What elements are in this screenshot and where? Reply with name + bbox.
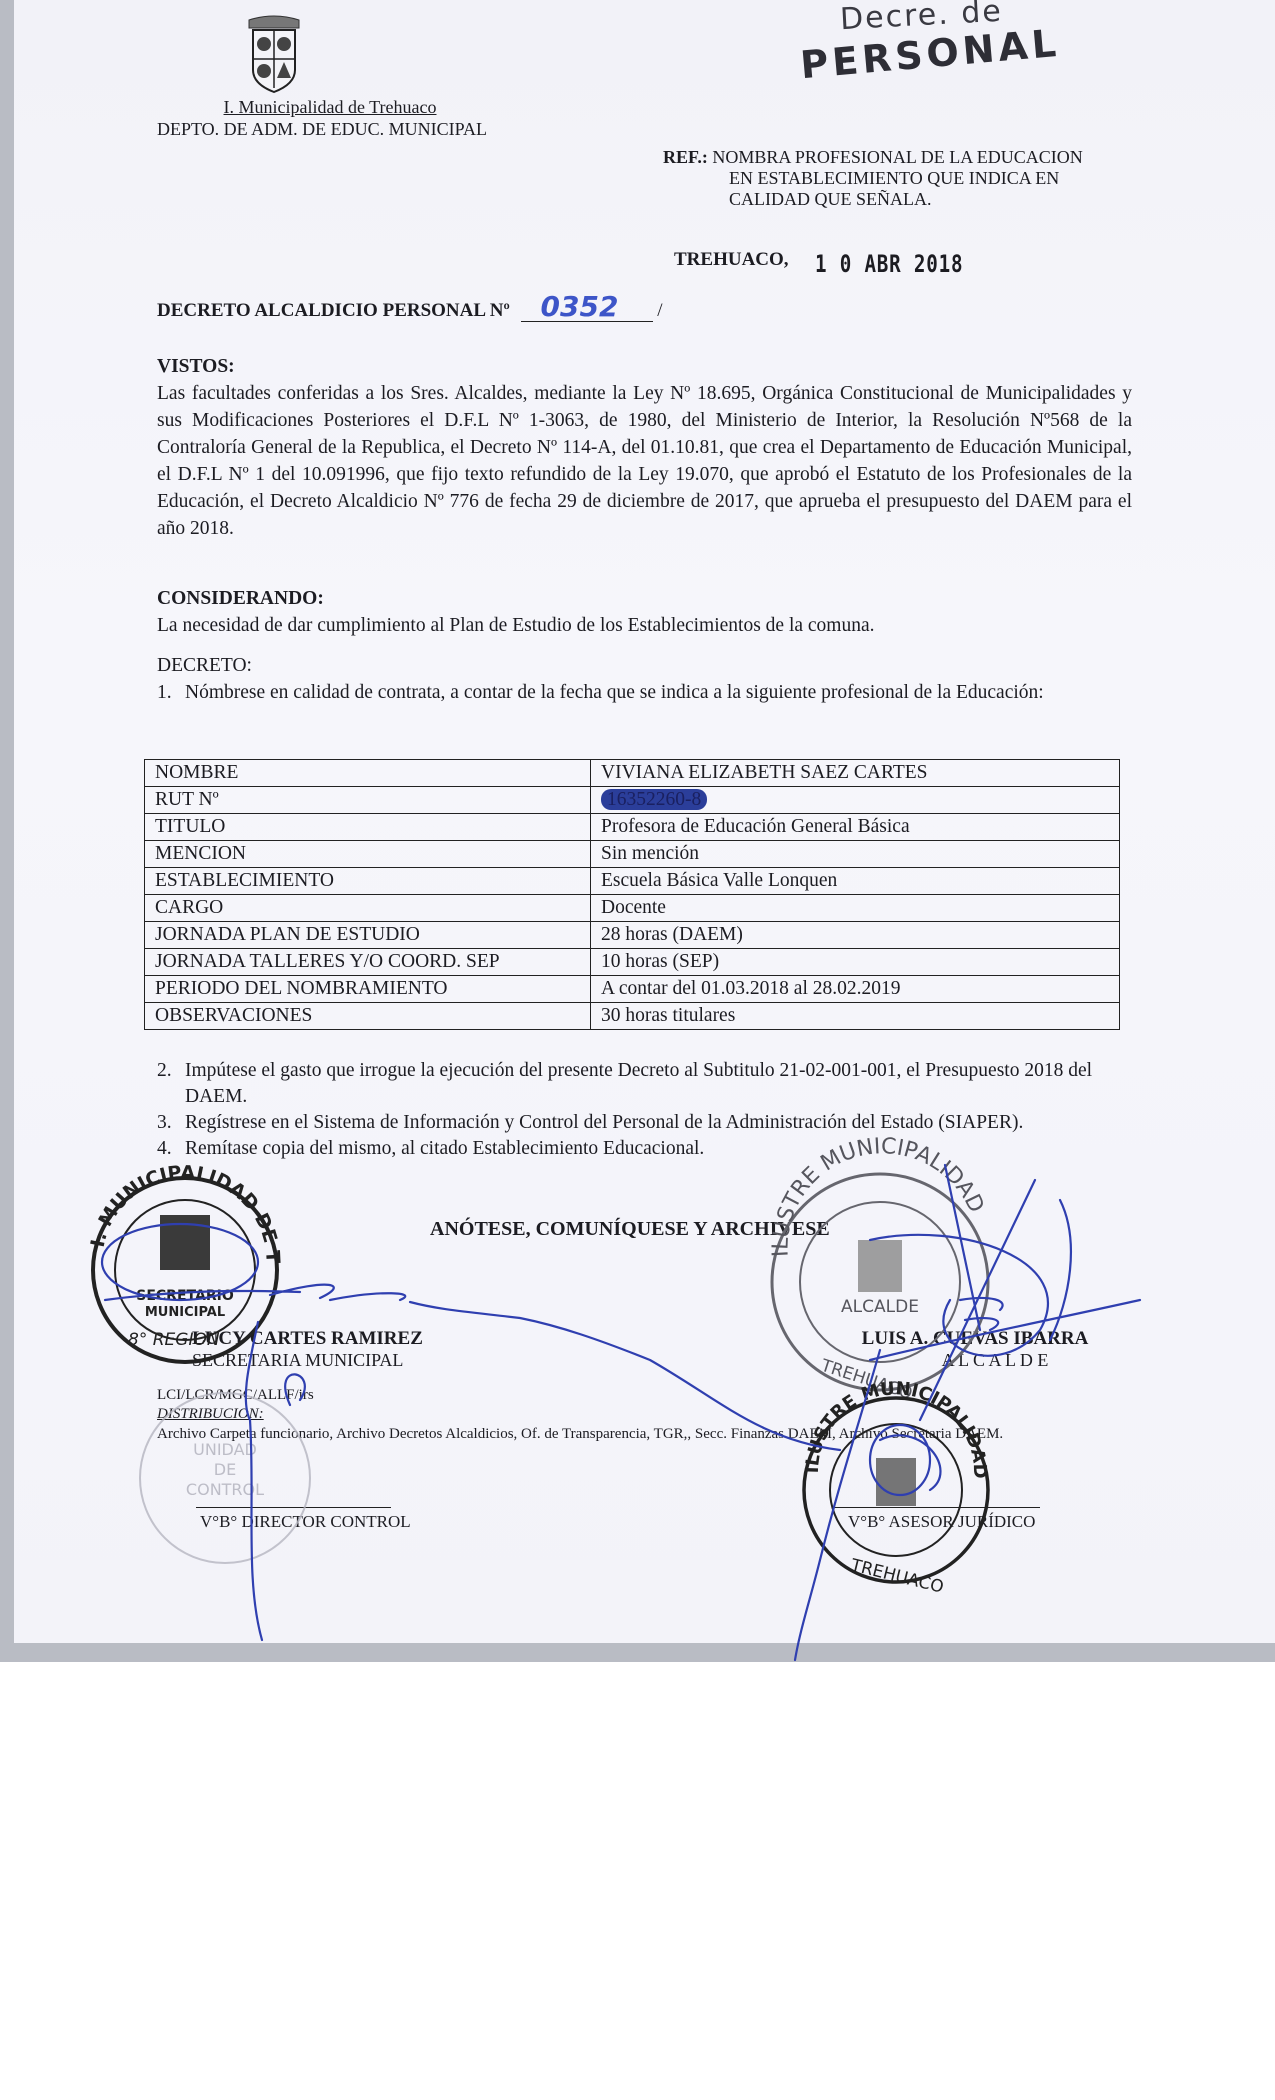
considerando-section: CONSIDERANDO: La necesidad de dar cumpli… [157,585,1132,639]
reference-line1: NOMBRA PROFESIONAL DE LA EDUCACION [712,147,1082,167]
legal-signature-line [832,1507,1040,1508]
control-signature-line [196,1507,391,1508]
vistos-text: Las facultades conferidas a los Sres. Al… [157,380,1132,542]
decree-title: DECRETO ALCALDICIO PERSONAL Nº [157,300,510,321]
table-row: RUT Nº16352260-8 [145,787,1120,814]
appointment-table: NOMBREVIVIANA ELIZABETH SAEZ CARTESRUT N… [144,759,1120,1030]
table-row: OBSERVACIONES30 horas titulares [145,1003,1120,1030]
table-row: JORNADA TALLERES Y/O COORD. SEP10 horas … [145,949,1120,976]
vistos-section: VISTOS: Las facultades conferidas a los … [157,353,1132,542]
considerando-heading: CONSIDERANDO: [157,585,1132,612]
place-label: TREHUACO, [674,249,789,271]
item-number: 1. [157,680,185,706]
municipal-crest-icon [243,14,305,94]
item-text: Remítase copia del mismo, al citado Esta… [185,1136,704,1162]
table-row-label: OBSERVACIONES [145,1003,591,1030]
mayor-name: LUIS A. CUEVAS IBARRA [855,1328,1095,1350]
table-row-label: JORNADA PLAN DE ESTUDIO [145,922,591,949]
item-text: Impútese el gasto que irrogue la ejecuci… [185,1058,1132,1110]
table-row-value: Sin mención [591,841,1120,868]
reference-line2: EN ESTABLECIMIENTO QUE INDICA EN [663,168,1083,189]
reference-line3: CALIDAD QUE SEÑALA. [663,189,1083,210]
item-number: 4. [157,1136,185,1162]
table-row-value: VIVIANA ELIZABETH SAEZ CARTES [591,760,1120,787]
table-row-value: 10 horas (SEP) [591,949,1120,976]
mayor-signature-block: LUIS A. CUEVAS IBARRA A L C A L D E [855,1328,1095,1371]
table-row: TITULOProfesora de Educación General Bás… [145,814,1120,841]
decreto-item-3: 3.Regístrese en el Sistema de Informació… [157,1110,1132,1136]
table-row-label: JORNADA TALLERES Y/O COORD. SEP [145,949,591,976]
table-row-value: Profesora de Educación General Básica [591,814,1120,841]
table-row: PERIODO DEL NOMBRAMIENTOA contar del 01.… [145,976,1120,1003]
table-row-label: MENCION [145,841,591,868]
table-row: NOMBREVIVIANA ELIZABETH SAEZ CARTES [145,760,1120,787]
decree-number-line: DECRETO ALCALDICIO PERSONAL Nº 0352 / [157,300,663,322]
table-row-label: PERIODO DEL NOMBRAMIENTO [145,976,591,1003]
table-row-value: 30 horas titulares [591,1003,1120,1030]
considerando-text: La necesidad de dar cumplimiento al Plan… [157,612,1132,639]
table-row-label: NOMBRE [145,760,591,787]
table-row-value: Escuela Básica Valle Lonquen [591,868,1120,895]
decreto-items-rest: 2.Impútese el gasto que irrogue la ejecu… [157,1058,1132,1162]
initials: LCI/LCR/MGC/ALLF/irs [157,1387,314,1404]
table-row-label: ESTABLECIMIENTO [145,868,591,895]
date-stamp: 1 0 ABR 2018 [815,250,963,278]
reference-block: REF.: NOMBRA PROFESIONAL DE LA EDUCACION… [663,147,1083,210]
item-number: 3. [157,1110,185,1136]
decree-suffix: / [657,300,662,321]
table-row-value: Docente [591,895,1120,922]
distribution-list: Archivo Carpeta funcionario, Archivo Dec… [157,1426,1003,1443]
rut-redacted-value: 16352260-8 [601,789,707,810]
table-row: MENCIONSin mención [145,841,1120,868]
item-text: Regístrese en el Sistema de Información … [185,1110,1023,1136]
table-row: ESTABLECIMIENTOEscuela Básica Valle Lonq… [145,868,1120,895]
mayor-role: A L C A L D E [855,1350,1095,1371]
decreto-heading: DECRETO: [157,652,1132,679]
decree-number-field: 0352 [521,301,653,322]
table-row-label: CARGO [145,895,591,922]
decreto-item-1: 1.Nómbrese en calidad de contrata, a con… [157,680,1132,706]
table-row: JORNADA PLAN DE ESTUDIO28 horas (DAEM) [145,922,1120,949]
secretary-name: LUCY CARTES RAMIREZ [192,1328,423,1350]
vb-director-control: V°B° DIRECTOR CONTROL [200,1512,411,1532]
municipality-name: I. Municipalidad de Trehuaco [195,97,465,118]
table-row-value: 16352260-8 [591,787,1120,814]
decreto-item-4: 4.Remítase copia del mismo, al citado Es… [157,1136,1132,1162]
distribution-label: DISTRIBUCION: [157,1406,264,1423]
table-row: CARGODocente [145,895,1120,922]
table-row-label: TITULO [145,814,591,841]
closing-formula: ANÓTESE, COMUNÍQUESE Y ARCHIVESE [430,1218,830,1241]
item-text: Nómbrese en calidad de contrata, a conta… [185,680,1044,706]
secretary-role: SECRETARIA MUNICIPAL [192,1350,423,1371]
table-row-value: A contar del 01.03.2018 al 28.02.2019 [591,976,1120,1003]
decree-number-handwritten: 0352 [541,290,619,323]
item-number: 2. [157,1058,185,1110]
secretary-signature-block: LUCY CARTES RAMIREZ SECRETARIA MUNICIPAL [192,1328,423,1371]
table-row-value: 28 horas (DAEM) [591,922,1120,949]
decreto-item-2: 2.Impútese el gasto que irrogue la ejecu… [157,1058,1132,1110]
table-row-label: RUT Nº [145,787,591,814]
vb-asesor-juridico: V°B° ASESOR JURÍDICO [848,1512,1035,1532]
reference-label: REF.: [663,147,708,167]
vistos-heading: VISTOS: [157,353,1132,380]
department-name: DEPTO. DE ADM. DE EDUC. MUNICIPAL [157,119,487,140]
